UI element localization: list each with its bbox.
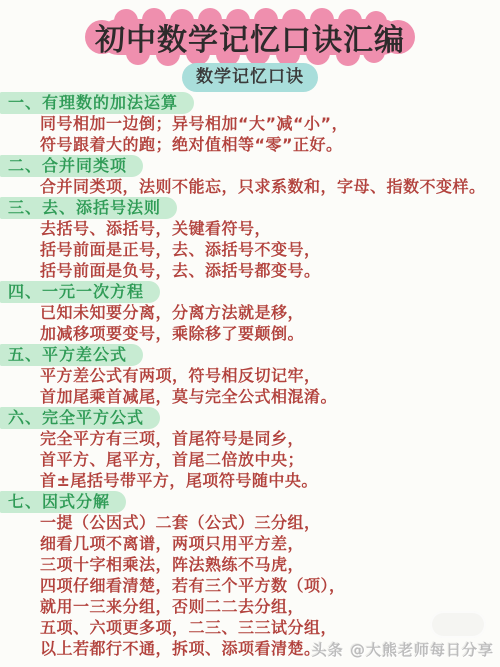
section-heading-row: 二、合并同类项 — [0, 155, 500, 176]
title-cloud: 初中数学记忆口诀汇编 — [82, 8, 418, 66]
section: 二、合并同类项 合并同类项，法则不能忘，只求系数和，字母、指数不变样。 — [0, 155, 500, 197]
subtitle-badge: 数学记忆口诀 — [182, 63, 318, 92]
section-body: 同号相加一边倒；异号相加“大”减“小”，符号跟着大的跑；绝对值相等“零”正好。 — [0, 113, 500, 155]
section-heading-row: 四、一元一次方程 — [0, 281, 500, 302]
section-heading: 一、有理数的加法运算 — [0, 92, 194, 114]
rhyme-line: 细看几项不离谱，两项只用平方差， — [0, 533, 500, 554]
section-body: 合并同类项，法则不能忘，只求系数和，字母、指数不变样。 — [0, 176, 500, 197]
section: 六、完全平方公式 完全平方有三项，首尾符号是同乡，首平方、尾平方，首尾二倍放中央… — [0, 407, 500, 491]
section-heading: 四、一元一次方程 — [0, 281, 160, 303]
section-heading: 七、因式分解 — [0, 491, 126, 513]
rhyme-line: 五项、六项更多项，二三、三三试分组， — [0, 617, 500, 638]
section-heading-row: 六、完全平方公式 — [0, 407, 500, 428]
rhyme-line: 一提（公因式）二套（公式）三分组， — [0, 512, 500, 533]
page-title: 初中数学记忆口诀汇编 — [82, 8, 418, 66]
rhyme-line: 去括号、添括号，关键看符号， — [0, 218, 500, 239]
rhyme-line: 完全平方有三项，首尾符号是同乡， — [0, 428, 500, 449]
watermark: 头条 @大熊老师每日分享 — [312, 639, 494, 660]
section: 七、因式分解 一提（公因式）二套（公式）三分组，细看几项不离谱，两项只用平方差，… — [0, 491, 500, 659]
rhyme-line: 括号前面是负号，去、添括号都变号。 — [0, 260, 500, 281]
section-heading: 二、合并同类项 — [0, 155, 143, 177]
section-heading: 三、去、添括号法则 — [0, 197, 177, 219]
rhyme-line: 平方差公式有两项，符号相反切记牢， — [0, 365, 500, 386]
rhyme-line: 三项十字相乘法，阵法熟练不马虎， — [0, 554, 500, 575]
rhyme-line: 加减移项要变号，乘除移了要颠倒。 — [0, 323, 500, 344]
section-heading-row: 五、平方差公式 — [0, 344, 500, 365]
section-heading: 六、完全平方公式 — [0, 407, 160, 429]
section: 四、一元一次方程 已知未知要分离，分离方法就是移，加减移项要变号，乘除移了要颠倒… — [0, 281, 500, 344]
rhyme-line: 括号前面是正号，去、添括号不变号， — [0, 239, 500, 260]
rhyme-line: 就用一三来分组，否则二二去分组， — [0, 596, 500, 617]
section-body: 一提（公因式）二套（公式）三分组，细看几项不离谱，两项只用平方差，三项十字相乘法… — [0, 512, 500, 659]
faint-stamp-watermark — [430, 611, 486, 638]
rhyme-line: 符号跟着大的跑；绝对值相等“零”正好。 — [0, 134, 500, 155]
section-heading-row: 一、有理数的加法运算 — [0, 92, 500, 113]
rhyme-line: 首±尾括号带平方，尾项符号随中央。 — [0, 470, 500, 491]
section-heading-row: 七、因式分解 — [0, 491, 500, 512]
rhyme-line: 合并同类项，法则不能忘，只求系数和，字母、指数不变样。 — [0, 176, 500, 197]
rhyme-line: 首加尾乘首减尾，莫与完全公式相混淆。 — [0, 386, 500, 407]
section-body: 完全平方有三项，首尾符号是同乡，首平方、尾平方，首尾二倍放中央；首±尾括号带平方… — [0, 428, 500, 491]
section-heading: 五、平方差公式 — [0, 344, 143, 366]
section-heading-row: 三、去、添括号法则 — [0, 197, 500, 218]
rhyme-line: 同号相加一边倒；异号相加“大”减“小”， — [0, 113, 500, 134]
section: 三、去、添括号法则 去括号、添括号，关键看符号，括号前面是正号，去、添括号不变号… — [0, 197, 500, 281]
section-body: 去括号、添括号，关键看符号，括号前面是正号，去、添括号不变号，括号前面是负号，去… — [0, 218, 500, 281]
section-body: 已知未知要分离，分离方法就是移，加减移项要变号，乘除移了要颠倒。 — [0, 302, 500, 344]
rhyme-line: 首平方、尾平方，首尾二倍放中央； — [0, 449, 500, 470]
section: 五、平方差公式 平方差公式有两项，符号相反切记牢，首加尾乘首减尾，莫与完全公式相… — [0, 344, 500, 407]
rhyme-line: 四项仔细看清楚，若有三个平方数（项）， — [0, 575, 500, 596]
subtitle-row: 数学记忆口诀 — [0, 63, 500, 92]
section: 一、有理数的加法运算 同号相加一边倒；异号相加“大”减“小”，符号跟着大的跑；绝… — [0, 92, 500, 155]
sections: 一、有理数的加法运算 同号相加一边倒；异号相加“大”减“小”，符号跟着大的跑；绝… — [0, 92, 500, 659]
rhyme-line: 已知未知要分离，分离方法就是移， — [0, 302, 500, 323]
section-body: 平方差公式有两项，符号相反切记牢，首加尾乘首减尾，莫与完全公式相混淆。 — [0, 365, 500, 407]
